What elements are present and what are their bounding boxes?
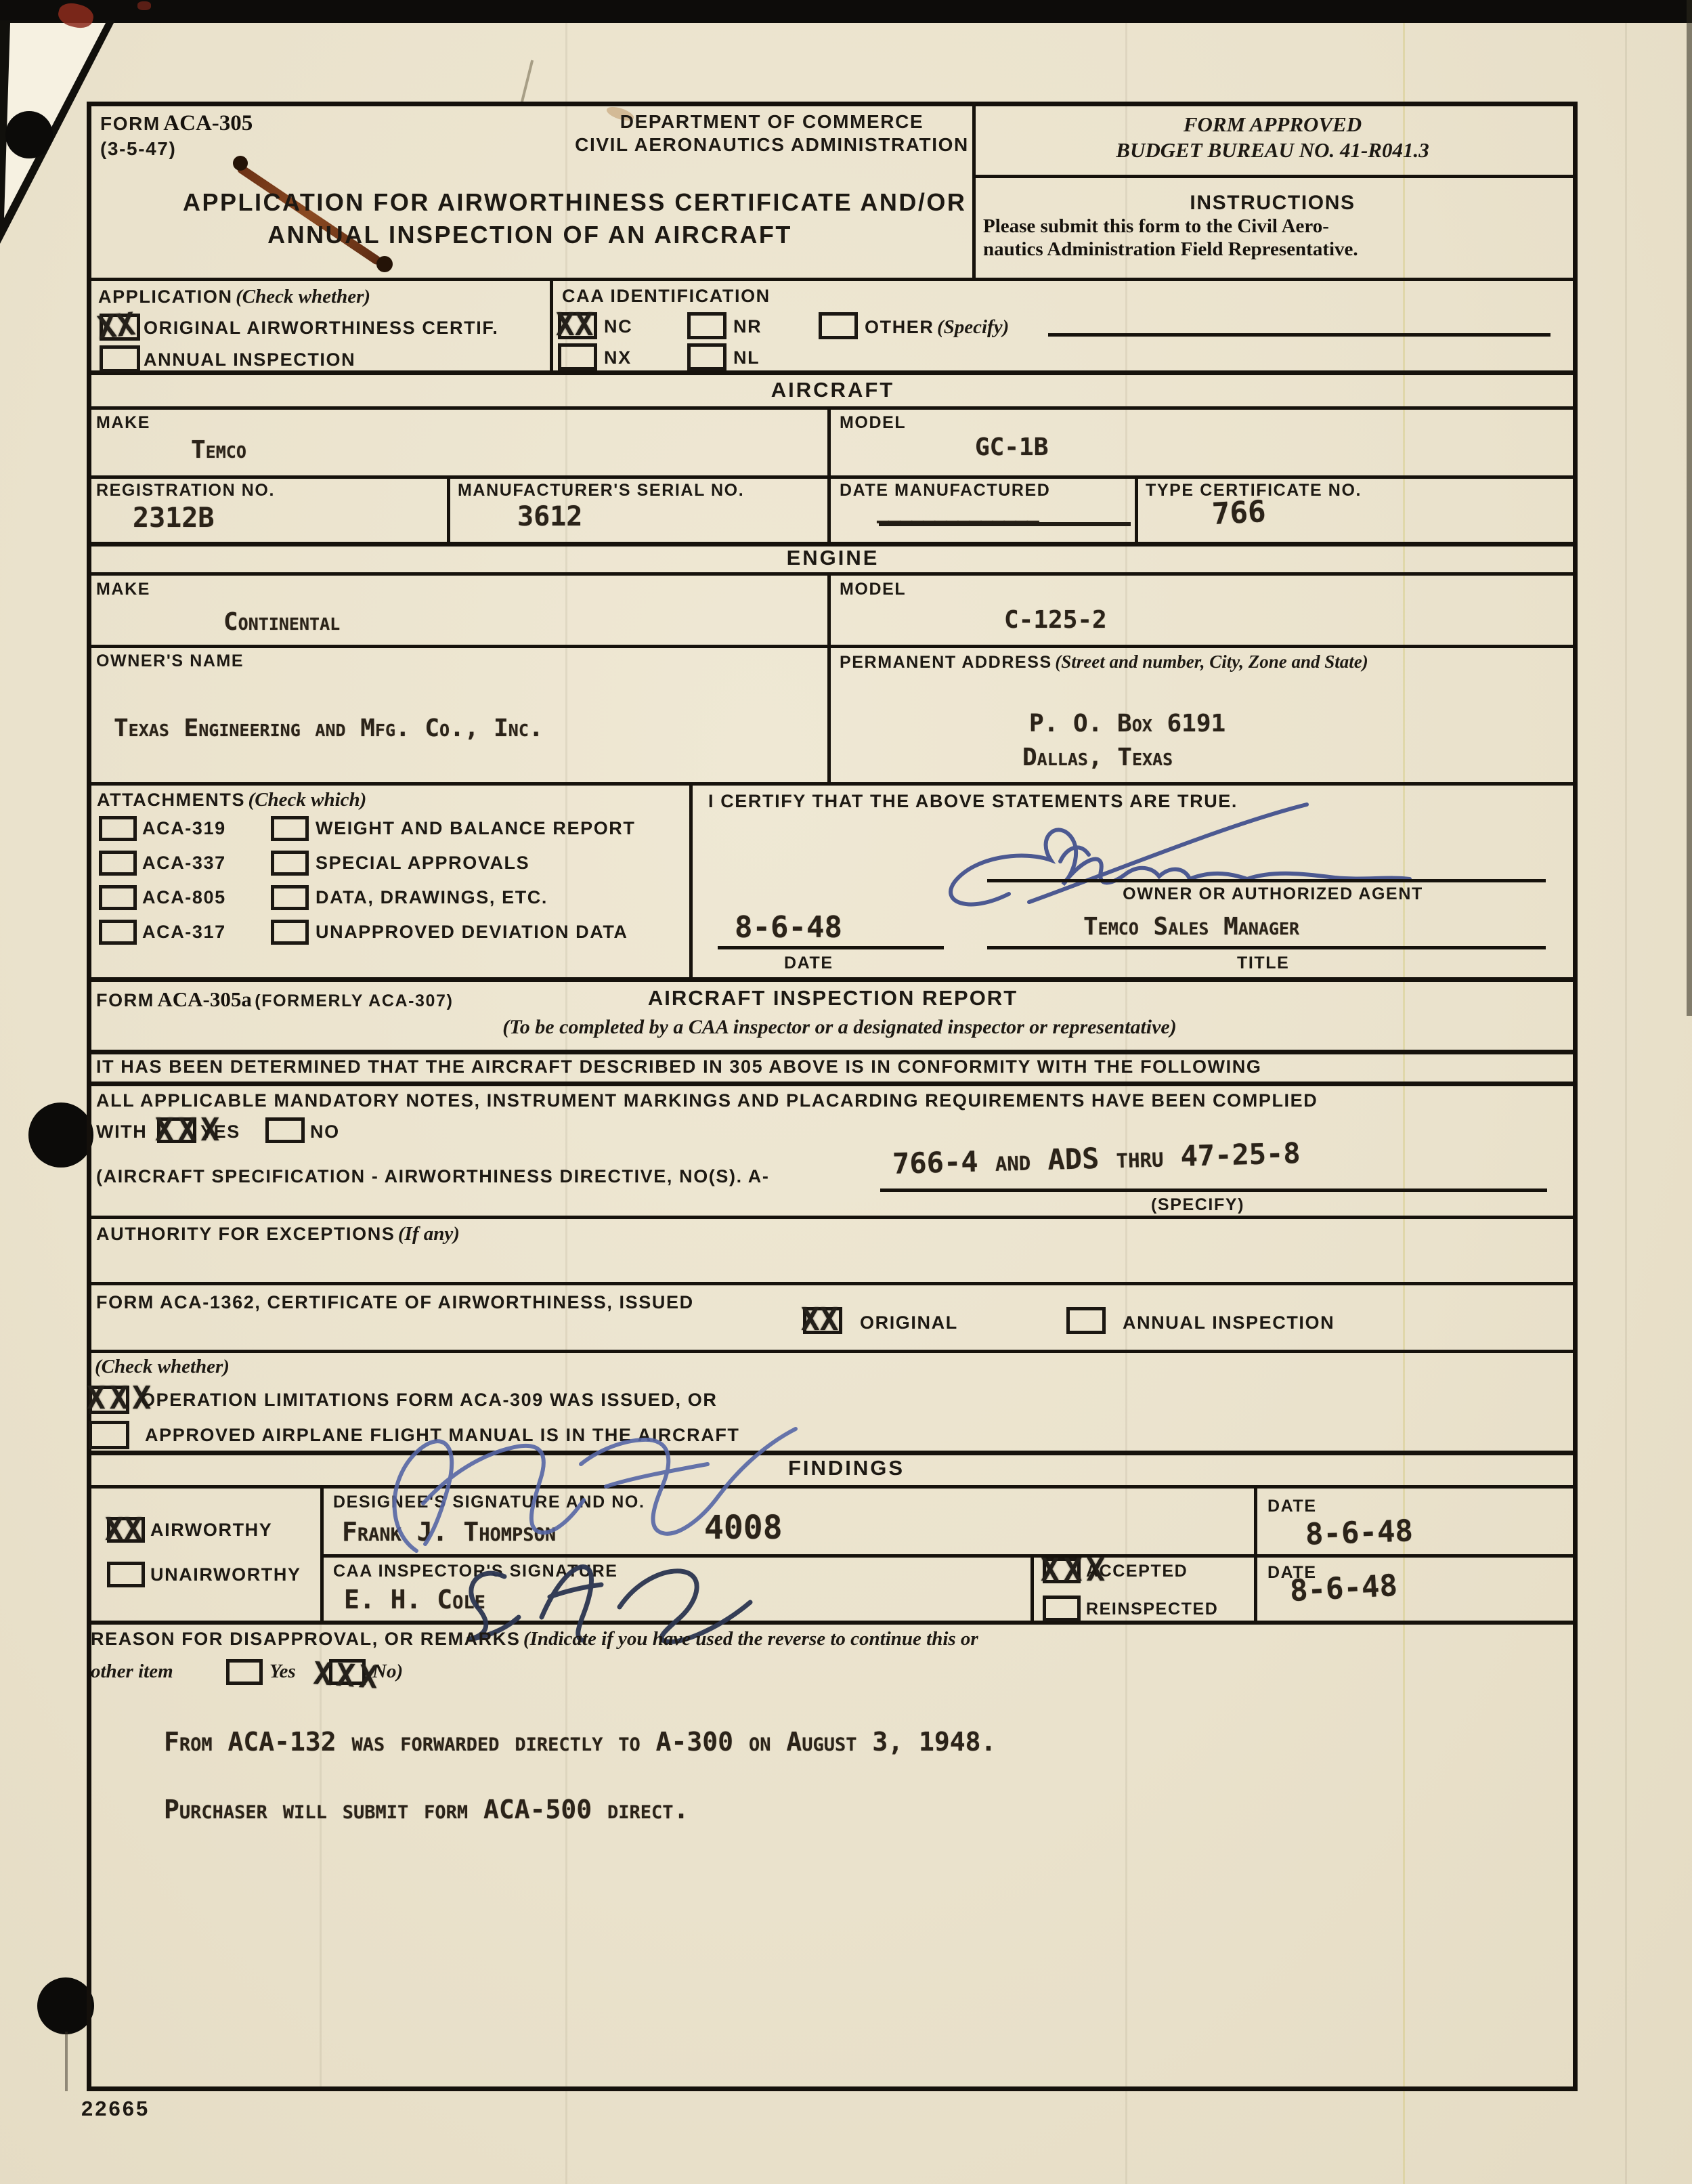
special-approvals-label: SPECIAL APPROVALS [316, 853, 529, 874]
designee-date-value[interactable]: 8-6-48 [1305, 1514, 1414, 1552]
checkbox-accepted[interactable]: XXX [1043, 1558, 1081, 1583]
engine-model-value[interactable]: C-125-2 [1004, 606, 1107, 634]
owner-name-label: OWNER'S NAME [96, 651, 244, 671]
checkbox-remarks-no[interactable]: XXX [329, 1659, 366, 1685]
weight-balance-label: WEIGHT AND BALANCE REPORT [316, 818, 636, 839]
aca-805-label: ACA-805 [142, 887, 226, 908]
stamp-number: 22665 [81, 2097, 150, 2121]
with-label: WITH [96, 1121, 147, 1142]
scan-right-edge [1687, 0, 1692, 1016]
rule [91, 645, 1573, 648]
operation-limitations-label: OPERATION LIMITATIONS FORM ACA-309 WAS I… [141, 1390, 717, 1411]
certification-date-label: DATE [784, 954, 833, 973]
owner-name-value[interactable]: Texas Engineering and Mfg. Co., Inc. [114, 714, 544, 742]
nx-label: NX [604, 347, 632, 368]
department-line2: CIVIL AERONAUTICS ADMINISTRATION [535, 134, 1009, 156]
aircraft-make-value[interactable]: Temco [191, 436, 246, 464]
other-label-group: OTHER (Specify) [865, 316, 1009, 339]
certification-date-value[interactable]: 8-6-48 [735, 910, 842, 945]
rule [91, 1216, 1573, 1219]
checkbox-reinspected[interactable] [1043, 1596, 1081, 1621]
checkbox-issued-annual[interactable] [1066, 1307, 1106, 1334]
aca-319-label: ACA-319 [142, 818, 226, 839]
flight-manual-label: APPROVED AIRPLANE FLIGHT MANUAL IS IN TH… [145, 1425, 740, 1446]
checkbox-operation-limitations[interactable]: XXX [89, 1386, 129, 1414]
rule [91, 1621, 1573, 1625]
spec-directive-label: (AIRCRAFT SPECIFICATION - AIRWORTHINESS … [96, 1166, 770, 1187]
permanent-address-label: PERMANENT ADDRESS [840, 653, 1052, 672]
instructions-line2: nautics Administration Field Representat… [983, 238, 1358, 261]
checkbox-other[interactable] [819, 312, 858, 339]
certification-title-label: TITLE [1237, 954, 1289, 973]
rule [91, 278, 1573, 281]
inspection-form-label: FORM [96, 990, 154, 1010]
rule [1135, 475, 1138, 542]
rule [91, 406, 1573, 410]
registration-value[interactable]: 2312B [133, 502, 214, 534]
engine-make-value[interactable]: Continental [223, 608, 340, 636]
inspection-form-number-block: FORM ACA-305a (FORMERLY ACA-307) [96, 987, 454, 1012]
issued-original-label: ORIGINAL [860, 1312, 958, 1333]
findings-section-title: FINDINGS [609, 1456, 1083, 1480]
checkbox-original-airworthiness[interactable]: XX [100, 314, 140, 341]
remarks-hint1: (Indicate if you have used the reverse t… [523, 1628, 978, 1650]
application-hint: (Check whether) [236, 286, 370, 307]
punch-hole-middle [28, 1102, 93, 1168]
form-approved-line1: FORM APPROVED [972, 112, 1573, 137]
checkbox-data-drawings[interactable] [271, 885, 309, 910]
checkbox-mark: XX [105, 1511, 142, 1547]
date-manufactured-strikeout[interactable]: —————————————— [877, 509, 1039, 533]
other-hint: (Specify) [937, 316, 1009, 338]
rule [91, 572, 1573, 576]
form-approved-line2: BUDGET BUREAU NO. 41-R041.3 [972, 138, 1573, 163]
rule [91, 977, 1573, 982]
page-title-line2: ANNUAL INSPECTION OF AN AIRCRAFT [183, 221, 877, 249]
rule [320, 1554, 1573, 1558]
complied-statement: ALL APPLICABLE MANDATORY NOTES, INSTRUME… [96, 1090, 1318, 1111]
inspector-date-value[interactable]: 8-6-48 [1289, 1568, 1398, 1608]
checkbox-nx[interactable] [558, 343, 597, 370]
airworthy-label: AIRWORTHY [150, 1520, 272, 1541]
crease-line [1625, 23, 1627, 2184]
checkbox-remarks-yes[interactable] [226, 1659, 263, 1685]
attachments-label: ATTACHMENTS [97, 790, 245, 810]
red-mark-small [137, 1, 151, 10]
form-number-label: FORM [100, 113, 160, 134]
rule [827, 406, 831, 542]
form-number: ACA-305 [163, 111, 253, 135]
checkbox-nc[interactable]: XX [558, 312, 597, 339]
type-certificate-value[interactable]: 766 [1211, 494, 1267, 532]
rule [550, 278, 553, 375]
rule [1254, 1485, 1257, 1621]
rule [91, 475, 1573, 479]
checkbox-weight-balance[interactable] [271, 816, 309, 841]
address-line1[interactable]: P. O. Box 6191 [1029, 710, 1225, 737]
strike-line [879, 522, 1131, 526]
permanent-address-hint: (Street and number, City, Zone and State… [1055, 651, 1368, 672]
rule [320, 1485, 324, 1621]
original-airworthiness-label: ORIGINAL AIRWORTHINESS CERTIF. [144, 318, 499, 339]
aca-317-label: ACA-317 [142, 922, 226, 943]
authority-hint: (If any) [398, 1223, 460, 1245]
remarks-hint2: other item [91, 1661, 173, 1683]
checkbox-unairworthy[interactable] [107, 1562, 145, 1587]
remarks-line1[interactable]: From ACA-132 was forwarded directly to A… [164, 1727, 996, 1757]
date-manufactured-label: DATE MANUFACTURED [840, 481, 1050, 500]
engine-section-title: ENGINE [609, 546, 1056, 570]
checkbox-aca-317[interactable] [99, 920, 137, 945]
aca-1362-statement: FORM ACA-1362, CERTIFICATE OF AIRWORTHIN… [96, 1292, 694, 1313]
rule [1031, 1554, 1034, 1621]
rule [91, 1451, 1573, 1455]
department-line1: DEPARTMENT OF COMMERCE [535, 111, 1009, 133]
rule [91, 1282, 1573, 1285]
checkbox-issued-original[interactable]: XX [803, 1307, 842, 1334]
designee-date-label: DATE [1267, 1497, 1317, 1516]
form-revision: (3-5-47) [100, 138, 176, 160]
spec-line [880, 1189, 1547, 1192]
application-label: APPLICATION [98, 286, 233, 307]
serial-label: MANUFACTURER'S SERIAL NO. [458, 481, 744, 500]
checkbox-mark: XX [95, 305, 137, 346]
registration-label: REGISTRATION NO. [96, 481, 275, 500]
checkbox-nl[interactable] [687, 343, 726, 370]
rule [91, 370, 1573, 375]
checkbox-annual-inspection[interactable] [100, 345, 140, 372]
inspector-signature-label: CAA INSPECTOR'S SIGNATURE [333, 1562, 618, 1581]
agent-label: OWNER OR AUTHORIZED AGENT [1056, 884, 1490, 904]
rule [827, 572, 831, 782]
attachments-hint: (Check which) [248, 789, 367, 811]
rule [91, 782, 1573, 786]
rule [91, 1082, 1573, 1086]
certify-statement: I CERTIFY THAT THE ABOVE STATEMENTS ARE … [708, 791, 1238, 812]
aca-337-label: ACA-337 [142, 853, 226, 874]
other-label: OTHER [865, 317, 934, 337]
pencil-mark [520, 60, 534, 106]
permanent-address-heading: PERMANENT ADDRESS (Street and number, Ci… [840, 651, 1557, 672]
checkbox-aca-319[interactable] [99, 816, 137, 841]
fold-line [65, 2032, 68, 2091]
nc-label: NC [604, 316, 632, 337]
rule [91, 1485, 1573, 1489]
determined-statement: IT HAS BEEN DETERMINED THAT THE AIRCRAFT… [96, 1056, 1261, 1077]
caa-identification-label: CAA IDENTIFICATION [562, 286, 771, 307]
engine-model-label: MODEL [840, 580, 906, 599]
rule [91, 1350, 1573, 1353]
annual-inspection-label: ANNUAL INSPECTION [144, 349, 355, 370]
checkbox-mark: XX [556, 306, 593, 343]
no-label: NO [310, 1121, 340, 1142]
specify-label: (SPECIFY) [1151, 1195, 1244, 1215]
rule [972, 175, 1573, 178]
application-heading: APPLICATION (Check whether) [98, 286, 370, 308]
scanned-page: FORM ACA-305 (3-5-47) DEPARTMENT OF COMM… [0, 0, 1692, 2184]
checkbox-airworthy[interactable]: XX [107, 1517, 145, 1543]
other-specify-line[interactable] [1048, 312, 1550, 337]
checkbox-flight-manual[interactable] [89, 1421, 129, 1449]
designee-signature-label: DESIGNEE'S SIGNATURE AND NO. [333, 1493, 645, 1512]
authority-label: AUTHORITY FOR EXCEPTIONS [96, 1224, 395, 1244]
authority-heading: AUTHORITY FOR EXCEPTIONS (If any) [96, 1223, 460, 1245]
checkbox-nr[interactable] [687, 312, 726, 339]
title-signature-line [987, 946, 1546, 949]
unairworthy-label: UNAIRWORTHY [150, 1564, 301, 1585]
certification-title-value[interactable]: Temco Sales Manager [1083, 913, 1299, 941]
accepted-label: ACCEPTED [1086, 1562, 1188, 1581]
instructions-title: INSTRUCTIONS [972, 192, 1573, 215]
checkbox-yes-complied[interactable]: XXX [157, 1117, 196, 1143]
checkbox-aca-337[interactable] [99, 851, 137, 876]
reinspected-label: REINSPECTED [1086, 1600, 1218, 1619]
remarks-line2[interactable]: Purchaser will submit form ACA-500 direc… [164, 1795, 689, 1824]
aircraft-model-label: MODEL [840, 413, 906, 433]
inspection-title: AIRCRAFT INSPECTION REPORT [630, 986, 1036, 1010]
designee-number-value[interactable]: 4008 [704, 1509, 783, 1547]
date-signature-line [718, 946, 944, 949]
checkbox-special-approvals[interactable] [271, 851, 309, 876]
checkbox-aca-805[interactable] [99, 885, 137, 910]
checkbox-no-complied[interactable] [265, 1117, 305, 1143]
inspection-formerly: (FORMERLY ACA-307) [255, 991, 453, 1010]
remarks-no-label: No) [372, 1661, 403, 1683]
yes-label: YES [200, 1121, 240, 1142]
form-number-block: FORM ACA-305 [100, 111, 253, 136]
rule [91, 1050, 1573, 1054]
aircraft-section-title: AIRCRAFT [609, 378, 1056, 402]
checkbox-mark: XX [801, 1301, 838, 1337]
address-line2[interactable]: Dallas, Texas [1022, 744, 1173, 771]
rule [689, 782, 693, 977]
remarks-yes-label: Yes [269, 1661, 296, 1683]
unapproved-deviation-label: UNAPPROVED DEVIATION DATA [316, 922, 628, 943]
checkbox-unapproved-deviation[interactable] [271, 920, 309, 945]
punch-hole-top [5, 111, 53, 158]
data-drawings-label: DATA, DRAWINGS, ETC. [316, 887, 548, 908]
attachments-heading: ATTACHMENTS (Check which) [97, 789, 366, 811]
inspector-name-value[interactable]: E. H. Cole [344, 1585, 485, 1614]
inspection-subtitle: (To be completed by a CAA inspector or a… [203, 1016, 1476, 1039]
issued-annual-label: ANNUAL INSPECTION [1123, 1312, 1335, 1333]
inspection-form-number: ACA-305a [157, 987, 252, 1011]
page-title-line1: APPLICATION FOR AIRWORTHINESS CERTIFICAT… [183, 188, 877, 217]
serial-value[interactable]: 3612 [517, 501, 582, 532]
rule [447, 475, 450, 542]
agent-signature-line [987, 879, 1546, 882]
aircraft-make-label: MAKE [96, 413, 150, 433]
nr-label: NR [733, 316, 762, 337]
punch-hole-bottom [37, 1977, 94, 2034]
remarks-heading-line1: REASON FOR DISAPPROVAL, OR REMARKS (Indi… [91, 1628, 978, 1650]
scan-top-band [0, 0, 1692, 23]
instructions-line1: Please submit this form to the Civil Aer… [983, 215, 1329, 238]
remarks-label: REASON FOR DISAPPROVAL, OR REMARKS [91, 1629, 520, 1649]
designee-name-value[interactable]: Frank J. Thompson [342, 1517, 556, 1547]
engine-make-label: MAKE [96, 580, 150, 599]
nl-label: NL [733, 347, 760, 368]
check-whether-heading: (Check whether) [95, 1356, 230, 1378]
aircraft-model-value[interactable]: GC-1B [975, 433, 1048, 461]
